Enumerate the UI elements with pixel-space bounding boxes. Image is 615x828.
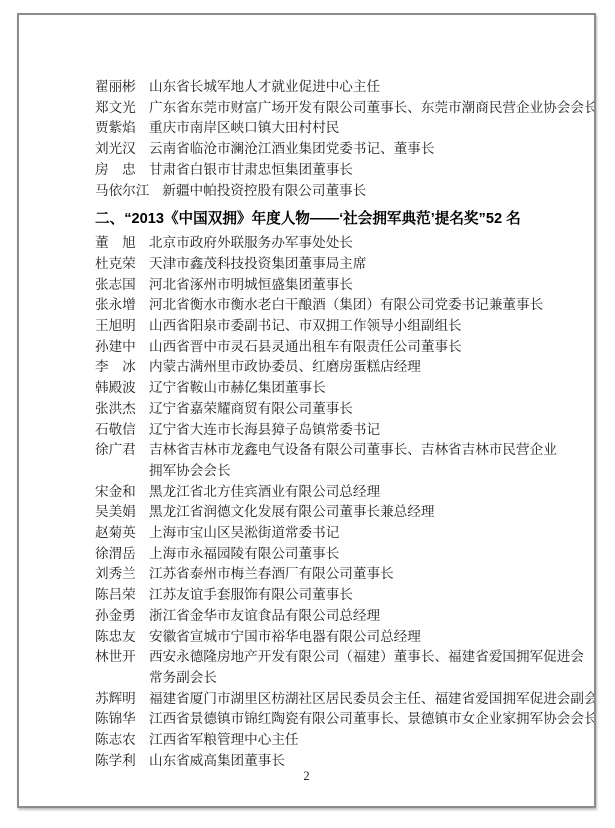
person-title: 内蒙古满州里市政协委员、红磨房蛋糕店经理	[149, 357, 421, 378]
person-name: 陈志农	[95, 730, 136, 751]
award-entry: 陈忠友安徽省宣城市宁国市裕华电器有限公司总经理	[95, 627, 584, 648]
person-title: 天津市鑫茂科技投资集团董事局主席	[149, 254, 367, 275]
award-entry: 房 忠甘肃省白银市甘肃忠恒集团董事长	[95, 160, 584, 181]
person-title: 北京市政府外联服务办军事处处长	[149, 233, 353, 254]
page-number: 2	[19, 769, 594, 784]
person-name: 陈忠友	[95, 627, 136, 648]
person-title: 江西省景德镇市锦红陶瓷有限公司董事长、景德镇市女企业家拥军协会会长	[149, 709, 596, 730]
award-entry: 刘光汉云南省临沧市澜沧江酒业集团党委书记、董事长	[95, 139, 584, 160]
person-title: 河北省涿州市明城恒盛集团董事长	[149, 275, 353, 296]
award-entry: 赵菊英上海市宝山区吴淞街道常委书记	[95, 523, 584, 544]
award-entry: 林世开西安永德隆房地产开发有限公司（福建）董事长、福建省爱国拥军促进会常务副会长	[95, 647, 584, 688]
person-name: 孙建中	[95, 337, 136, 358]
person-name: 马依尔江	[95, 181, 149, 202]
award-entry: 孙金勇浙江省金华市友谊食品有限公司总经理	[95, 606, 584, 627]
award-entry: 陈锦华江西省景德镇市锦红陶瓷有限公司董事长、景德镇市女企业家拥军协会会长	[95, 709, 584, 730]
person-title: 甘肃省白银市甘肃忠恒集团董事长	[149, 160, 353, 181]
person-title: 山西省阳泉市委副书记、市双拥工作领导小组副组长	[149, 316, 462, 337]
award-entry: 刘秀兰江苏省泰州市梅兰春酒厂有限公司董事长	[95, 564, 584, 585]
person-title: 黑龙江省润德文化发展有限公司董事长兼总经理	[149, 502, 434, 523]
award-entry: 王旭明山西省阳泉市委副书记、市双拥工作领导小组副组长	[95, 316, 584, 337]
person-title: 西安永德隆房地产开发有限公司（福建）董事长、福建省爱国拥军促进会常务副会长	[149, 647, 584, 688]
person-title: 辽宁省大连市长海县獐子岛镇常委书记	[149, 420, 380, 441]
award-entry: 翟丽彬山东省长城军地人才就业促进中心主任	[95, 77, 584, 98]
person-title: 云南省临沧市澜沧江酒业集团党委书记、董事长	[149, 139, 434, 160]
person-name: 刘光汉	[95, 139, 136, 160]
person-name: 李 冰	[95, 357, 136, 378]
award-entry: 陈吕荣江苏友谊手套服饰有限公司董事长	[95, 585, 584, 606]
award-entry: 马依尔江新疆中帕投资控股有限公司董事长	[95, 181, 584, 202]
award-entry: 贾紫焰重庆市南岸区峡口镇大田村村民	[95, 118, 584, 139]
person-name: 陈锦华	[95, 709, 136, 730]
person-title: 山东省长城军地人才就业促进中心主任	[149, 77, 380, 98]
person-name: 房 忠	[95, 160, 136, 181]
person-name: 王旭明	[95, 316, 136, 337]
person-name: 吴美娟	[95, 502, 136, 523]
person-title: 上海市永福园陵有限公司董事长	[149, 544, 339, 565]
person-name: 翟丽彬	[95, 77, 136, 98]
person-title: 浙江省金华市友谊食品有限公司总经理	[149, 606, 380, 627]
person-title: 吉林省吉林市龙鑫电气设备有限公司董事长、吉林省吉林市民营企业拥军协会会长	[149, 440, 557, 481]
award-entry: 徐广君吉林省吉林市龙鑫电气设备有限公司董事长、吉林省吉林市民营企业拥军协会会长	[95, 440, 584, 481]
person-name: 林世开	[95, 647, 136, 688]
person-name: 石敬信	[95, 420, 136, 441]
continued-award-list: 翟丽彬山东省长城军地人才就业促进中心主任郑文光广东省东莞市财富广场开发有限公司董…	[95, 77, 584, 201]
award-entry: 韩殿波辽宁省鞍山市赫亿集团董事长	[95, 378, 584, 399]
award-entry: 杜克荣天津市鑫茂科技投资集团董事局主席	[95, 254, 584, 275]
person-title: 河北省衡水市衡水老白干酿酒（集团）有限公司党委书记兼董事长	[149, 295, 543, 316]
person-title: 辽宁省嘉荣耀商贸有限公司董事长	[149, 399, 353, 420]
person-title: 黑龙江省北方佳宾酒业有限公司总经理	[149, 482, 380, 503]
person-name: 张永增	[95, 295, 136, 316]
award-entry: 郑文光广东省东莞市财富广场开发有限公司董事长、东莞市潮商民营企业协会会长	[95, 98, 584, 119]
person-title: 安徽省宣城市宁国市裕华电器有限公司总经理	[149, 627, 421, 648]
person-title: 广东省东莞市财富广场开发有限公司董事长、东莞市潮商民营企业协会会长	[149, 98, 596, 119]
person-title: 新疆中帕投资控股有限公司董事长	[162, 181, 366, 202]
person-name: 韩殿波	[95, 378, 136, 399]
award-entry: 石敬信辽宁省大连市长海县獐子岛镇常委书记	[95, 420, 584, 441]
award-entry: 苏辉明福建省厦门市湖里区枋湖社区居民委员会主任、福建省爱国拥军促进会副会长	[95, 689, 584, 710]
person-name: 宋金和	[95, 482, 136, 503]
person-title: 上海市宝山区吴淞街道常委书记	[149, 523, 339, 544]
person-title: 江西省军粮管理中心主任	[149, 730, 299, 751]
person-name: 陈吕荣	[95, 585, 136, 606]
person-name: 董 旭	[95, 233, 136, 254]
person-title: 辽宁省鞍山市赫亿集团董事长	[149, 378, 326, 399]
person-title: 江苏友谊手套服饰有限公司董事长	[149, 585, 353, 606]
award-entry: 孙建中山西省晋中市灵石县灵通出租车有限责任公司董事长	[95, 337, 584, 358]
person-name: 徐广君	[95, 440, 136, 481]
person-name: 孙金勇	[95, 606, 136, 627]
person-name: 苏辉明	[95, 689, 136, 710]
document-page: 翟丽彬山东省长城军地人才就业促进中心主任郑文光广东省东莞市财富广场开发有限公司董…	[17, 13, 596, 808]
person-title: 重庆市南岸区峡口镇大田村村民	[149, 118, 339, 139]
award-entry: 徐渭岳上海市永福园陵有限公司董事长	[95, 544, 584, 565]
person-title: 福建省厦门市湖里区枋湖社区居民委员会主任、福建省爱国拥军促进会副会长	[149, 689, 596, 710]
person-name: 赵菊英	[95, 523, 136, 544]
section-heading: 二、“2013《中国双拥》年度人物——‘社会拥军典范’提名奖”52 名	[95, 209, 584, 230]
person-name: 贾紫焰	[95, 118, 136, 139]
award-entry: 宋金和黑龙江省北方佳宾酒业有限公司总经理	[95, 482, 584, 503]
person-name: 郑文光	[95, 98, 136, 119]
person-name: 张洪杰	[95, 399, 136, 420]
award-entry: 董 旭北京市政府外联服务办军事处处长	[95, 233, 584, 254]
award-entry: 张志国河北省涿州市明城恒盛集团董事长	[95, 275, 584, 296]
award-entry: 李 冰内蒙古满州里市政协委员、红磨房蛋糕店经理	[95, 357, 584, 378]
award-entry: 吴美娟黑龙江省润德文化发展有限公司董事长兼总经理	[95, 502, 584, 523]
person-name: 杜克荣	[95, 254, 136, 275]
person-name: 刘秀兰	[95, 564, 136, 585]
nominee-list: 董 旭北京市政府外联服务办军事处处长杜克荣天津市鑫茂科技投资集团董事局主席张志国…	[95, 233, 584, 771]
person-title: 山西省晋中市灵石县灵通出租车有限责任公司董事长	[149, 337, 462, 358]
person-name: 徐渭岳	[95, 544, 136, 565]
award-entry: 陈志农江西省军粮管理中心主任	[95, 730, 584, 751]
award-entry: 张永增河北省衡水市衡水老白干酿酒（集团）有限公司党委书记兼董事长	[95, 295, 584, 316]
person-name: 张志国	[95, 275, 136, 296]
award-entry: 张洪杰辽宁省嘉荣耀商贸有限公司董事长	[95, 399, 584, 420]
person-title: 江苏省泰州市梅兰春酒厂有限公司董事长	[149, 564, 394, 585]
